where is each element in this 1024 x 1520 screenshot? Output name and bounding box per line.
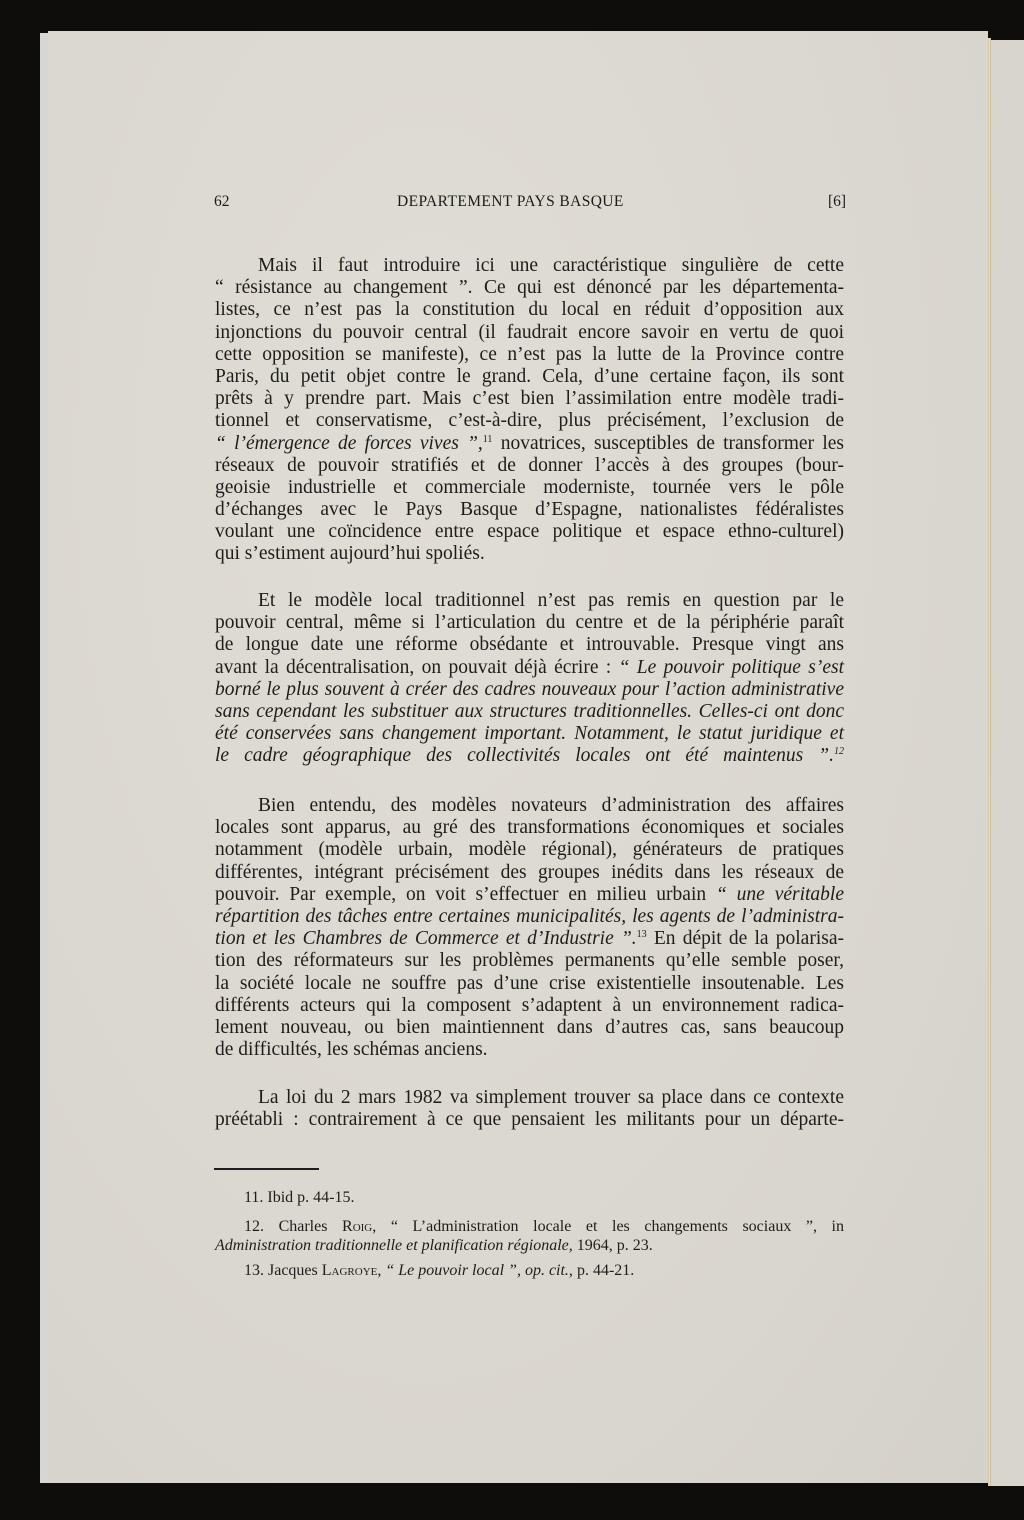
text-line: été conservées sans changement important…: [215, 723, 844, 745]
running-header: 62 DEPARTEMENT PAYS BASQUE [6]: [0, 193, 1024, 219]
text-line: “ l’émergence de forces vives ”,11 novat…: [215, 433, 844, 455]
text-line: prêts à y prendre part. Mais c’est bien …: [215, 388, 844, 410]
text-line: La loi du 2 mars 1982 va simplement trou…: [215, 1087, 844, 1109]
text-line: le cadre géographique des collectivités …: [215, 745, 844, 767]
text-line: tion et les Chambres de Commerce et d’In…: [215, 928, 844, 950]
quotation: “ l’émergence de forces vives ”,: [215, 433, 483, 454]
page-number: 62: [214, 193, 230, 211]
work-title: Administration traditionnelle et planifi…: [215, 1237, 573, 1254]
next-page-edge: [991, 40, 1024, 1486]
text-line: tionnel et conservatisme, c’est-à-dire, …: [215, 410, 844, 432]
text-line: “ résistance au changement ”. Ce qui est…: [215, 277, 844, 299]
text-line: lement nouveau, ou bien maintiennent dan…: [215, 1017, 844, 1039]
author-name: Lagroye: [322, 1262, 378, 1279]
footnote-13: 13. Jacques Lagroye, “ Le pouvoir local …: [215, 1261, 844, 1280]
text-line: réseaux de pouvoir stratifiés et de donn…: [215, 455, 844, 477]
text-line: borné le plus souvent à créer des cadres…: [215, 679, 844, 701]
running-title: DEPARTEMENT PAYS BASQUE: [397, 193, 624, 211]
text-line: qui s’estiment aujourd’hui spoliés.: [215, 543, 844, 565]
footnote-ref-13[interactable]: 13: [637, 929, 647, 940]
section-marker: [6]: [828, 193, 846, 211]
text-line: locales sont apparus, au gré des transfo…: [215, 817, 844, 839]
text-line: injonctions du pouvoir central (il faudr…: [215, 322, 844, 344]
quotation: “ une véritable: [716, 884, 844, 905]
footnote-11: 11. Ibid p. 44-15.: [215, 1188, 844, 1207]
text-line: Mais il faut introduire ici une caractér…: [215, 255, 844, 277]
text-line: listes, ce n’est pas la constitution du …: [215, 299, 844, 321]
text-line: pouvoir. Par exemple, on voit s’effectue…: [215, 884, 844, 906]
text-line: différents acteurs qui la composent s’ad…: [215, 995, 844, 1017]
footnote-ref-11[interactable]: 11: [483, 434, 493, 445]
work-title: “ Le pouvoir local ”, op. cit.,: [385, 1262, 573, 1279]
text-line: Et le modèle local traditionnel n’est pa…: [215, 590, 844, 612]
text-line: préétabli : contrairement à ce que pensa…: [215, 1109, 844, 1131]
text-line: pouvoir central, même si l’articulation …: [215, 612, 844, 634]
text-line: d’échanges avec le Pays Basque d’Espagne…: [215, 499, 844, 521]
text-line: notamment (modèle urbain, modèle régiona…: [215, 839, 844, 861]
text-line: de difficultés, les schémas anciens.: [215, 1039, 844, 1061]
footnote-12-cont: Administration traditionnelle et planifi…: [215, 1236, 844, 1255]
text-line: répartition des tâches entre certaines m…: [215, 906, 844, 928]
text-line: geoisie industrielle et commerciale mode…: [215, 477, 844, 499]
text-line: la société locale ne souffre pas d’une c…: [215, 973, 844, 995]
paragraph-3: Bien entendu, des modèles novateurs d’ad…: [215, 795, 844, 1061]
paragraph-2: Et le modèle local traditionnel n’est pa…: [215, 590, 844, 768]
text-line: avant la décentralisation, on pouvait dé…: [215, 657, 844, 679]
text-line: Paris, du petit objet contre le grand. C…: [215, 366, 844, 388]
paragraph-1: Mais il faut introduire ici une caractér…: [215, 255, 844, 566]
footnote-separator: [214, 1168, 319, 1170]
quotation: “ Le pouvoir politique s’est: [619, 657, 844, 678]
footnote-12: 12. Charles Roig, “ L’administration loc…: [215, 1217, 844, 1236]
text-line: tion des réformateurs sur les problèmes …: [215, 950, 844, 972]
paragraph-4: La loi du 2 mars 1982 va simplement trou…: [215, 1087, 844, 1131]
author-name: Roig: [342, 1218, 372, 1235]
text-line: sans cependant les substituer aux struct…: [215, 701, 844, 723]
text-line: de longue date une réforme obsédante et …: [215, 634, 844, 656]
footnotes: 11. Ibid p. 44-15. 12. Charles Roig, “ L…: [215, 1188, 844, 1280]
footnote-ref-12[interactable]: 12: [834, 746, 844, 757]
text-line: Bien entendu, des modèles novateurs d’ad…: [215, 795, 844, 817]
text-line: différentes, intégrant précisément des g…: [215, 862, 844, 884]
text-line: voulant une coïncidence entre espace pol…: [215, 521, 844, 543]
text-line: cette opposition se manifeste), ce n’est…: [215, 344, 844, 366]
